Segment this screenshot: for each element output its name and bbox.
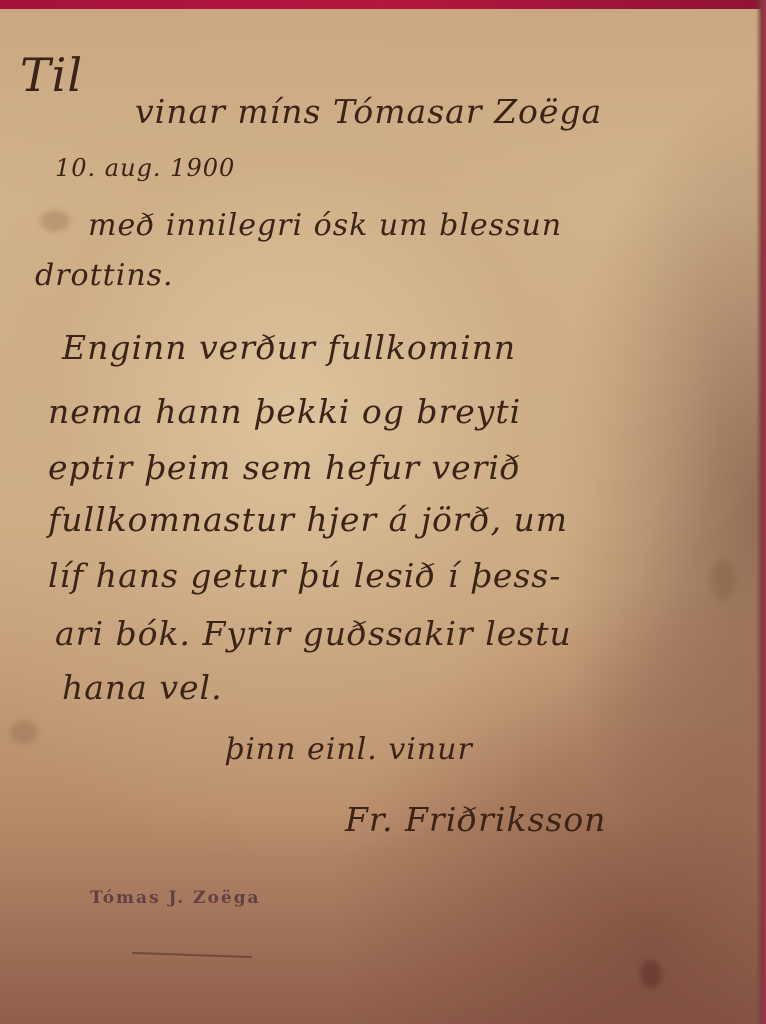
body-line: nema hann þekki og breyti (48, 392, 521, 431)
body-line: eptir þeim sem hefur verið (48, 448, 521, 487)
body-line: líf hans getur þú lesið í þess- (48, 556, 561, 595)
owner-name-stamp: Tómas J. Zoëga (90, 888, 261, 908)
recipient-line: vinar míns Tómasar Zoëga (135, 92, 602, 131)
paper-stain (710, 560, 736, 600)
body-line: Enginn verður fullkominn (62, 328, 516, 367)
book-binding-top (0, 0, 766, 9)
valediction: þinn einl. vinur (225, 732, 473, 767)
body-line: fullkomnastur hjer á jörð, um (48, 500, 568, 539)
stamp-underline (132, 952, 252, 958)
signature: Fr. Friðriksson (345, 800, 606, 839)
paper-stain (640, 960, 662, 988)
salutation-til: Til (20, 48, 83, 102)
paper-stain (10, 720, 38, 744)
body-line: hana vel. (62, 668, 223, 707)
paper-stain (40, 210, 70, 232)
wish-line-2: drottins. (35, 258, 174, 293)
body-line: ari bók. Fyrir guðssakir lestu (55, 614, 572, 653)
wish-line-1: með innilegri ósk um blessun (88, 208, 562, 243)
dedication-date: 10. aug. 1900 (55, 154, 235, 182)
book-page: Til vinar míns Tómasar Zoëga 10. aug. 19… (0, 0, 766, 1024)
book-binding-edge (756, 0, 766, 1024)
